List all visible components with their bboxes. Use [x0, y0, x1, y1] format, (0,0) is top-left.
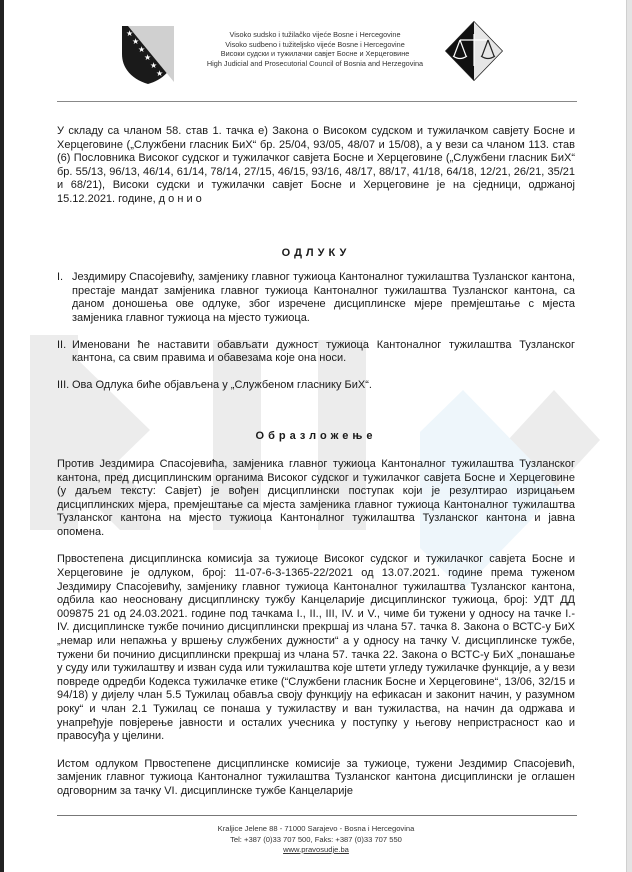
footer-divider [57, 815, 577, 816]
decision-item-number: I. [57, 271, 72, 325]
footer-website-link[interactable]: www.pravosudje.ba [283, 845, 349, 854]
decision-item: II. Именовани ће наставити обављати дужн… [57, 339, 575, 366]
reasoning-paragraph: Против Јездимира Спасојевића, замјеника … [57, 458, 575, 540]
svg-text:★: ★ [156, 69, 163, 78]
document-body: У складу са чланом 58. став 1. тачка е) … [57, 125, 575, 799]
decision-item-text: Ова Одлука биће објављена у „Службеном г… [72, 379, 575, 393]
reasoning-title: Образложење [57, 430, 575, 444]
decision-item-text: Јездимиру Спасојевићу, замјенику главног… [72, 271, 575, 325]
decision-item: I. Јездимиру Спасојевићу, замјенику глав… [57, 271, 575, 325]
decision-item-text: Именовани ће наставити обављати дужност … [72, 339, 575, 366]
footer-phone: Tel: +387 (0)33 707 500, Faks: +387 (0)3… [0, 835, 632, 846]
decision-title: ОДЛУКУ [57, 247, 575, 261]
page-right-edge [626, 0, 632, 872]
institution-names: Visoko sudsko i tužilačko vijeće Bosne i… [200, 30, 430, 68]
letterhead: ★★★ ★★★ Visoko sudsko i tužilačko vijeće… [0, 0, 632, 110]
institution-name-english: High Judicial and Prosecutorial Council … [200, 59, 430, 69]
bih-coat-of-arms-icon: ★★★ ★★★ [120, 24, 176, 86]
footer-address: Kraljice Jelene 88 - 71000 Sarajevo - Bo… [0, 824, 632, 835]
institution-name-latin-hr: Visoko sudbeno i tužiteljsko vijeće Bosn… [200, 40, 430, 50]
decision-item-number: II. [57, 339, 72, 366]
reasoning-paragraph: Првостепена дисциплинска комисија за туж… [57, 553, 575, 743]
letterhead-footer: Kraljice Jelene 88 - 71000 Sarajevo - Bo… [0, 824, 632, 856]
institution-name-latin-bs: Visoko sudsko i tužilačko vijeće Bosne i… [200, 30, 430, 40]
decision-item-number: III. [57, 379, 72, 393]
page-left-border [0, 0, 4, 872]
scales-of-justice-icon [444, 20, 504, 82]
reasoning-paragraph: Истом одлуком Првостепене дисциплинске к… [57, 758, 575, 799]
institution-name-cyrillic: Високи судски и тужилачки савјет Босне и… [200, 49, 430, 59]
decision-item: III. Ова Одлука биће објављена у „Службе… [57, 379, 575, 393]
preamble-paragraph: У складу са чланом 58. став 1. тачка е) … [57, 125, 575, 207]
header-divider [57, 101, 577, 102]
